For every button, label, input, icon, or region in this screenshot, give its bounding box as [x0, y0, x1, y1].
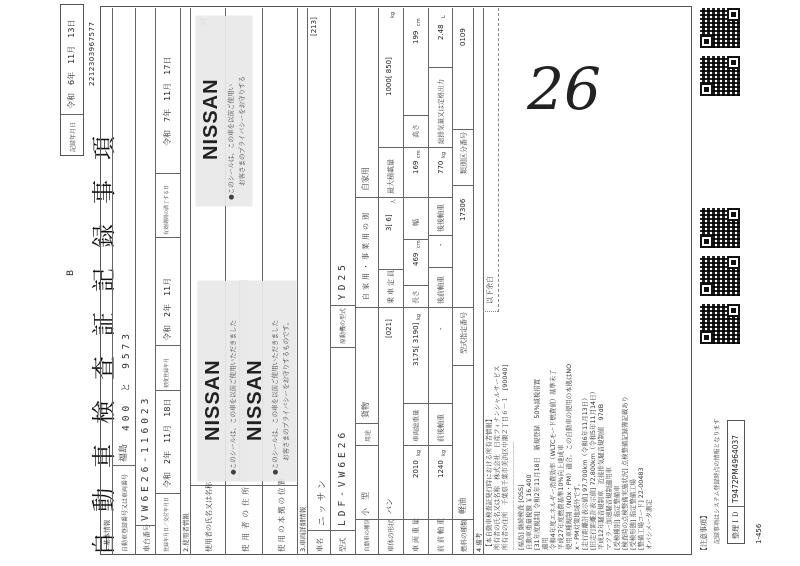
weight-value: 2010 [412, 460, 420, 478]
engine-value: YD25 [337, 261, 348, 300]
registration-date-label: 登録年月日／交付年月日 [163, 497, 170, 552]
qr-code-1 [700, 304, 740, 344]
remark-line: [受検形態] 指定整備工場 [629, 310, 637, 550]
remark-line: 適用 [541, 310, 549, 550]
height-label: 高さ [411, 124, 421, 138]
body-value: バン [385, 498, 394, 514]
registration-label: 自動車登録番号又は車両番号 [120, 474, 129, 552]
ff-axle-value: 1240 [437, 460, 445, 478]
record-date-label: 記録年月日 [68, 122, 77, 152]
length-label: 長さ [411, 290, 421, 304]
rf-axle-value: - [437, 243, 445, 246]
form-letter: B [66, 270, 76, 276]
maker-value: ニッサン [314, 477, 328, 526]
qr-code-5 [700, 8, 740, 48]
qr-code-3 [700, 208, 740, 248]
first-registration-label: 初度登録年月 [163, 358, 170, 388]
nissan-logo: NISSAN [202, 359, 225, 441]
capacity-value: 3[ 6] [385, 214, 393, 231]
notes-text: 記録事項はシステム登録時点の情報となります [712, 419, 721, 544]
handwritten-number: 26 [527, 55, 601, 123]
sticker-note: ●このシールは、この車を以前ご使用いただきました [270, 320, 279, 475]
capacity-unit: 人 [390, 199, 397, 204]
sticker-note: お客さまのプライバシーをお守りするものです。 [281, 319, 290, 461]
section-3-code: [213] [310, 17, 318, 36]
remark-line: オパシメータ測定 [645, 310, 653, 550]
rr-axle-label: 後後軸重 [436, 204, 446, 232]
remark-line: [31年度税制] 令和2年11月18日 新規登録 50%減税措置 [533, 310, 541, 550]
privacy-sticker-3: NISSAN ●このシールは、この車を以前ご使用い お客さまのプライバシーをお守… [196, 16, 252, 206]
ff-axle-unit: kg [441, 450, 447, 456]
max-load-label: 最大積載量 [386, 159, 396, 194]
fuel-value: 軽油 [458, 498, 467, 514]
fr-axle-value: - [437, 327, 445, 330]
rr-axle-value: 770 [437, 161, 445, 174]
max-load-unit: kg [390, 12, 396, 18]
chassis-label: 車台番号 [142, 524, 152, 552]
remark-line: ----------------------------------------… [509, 310, 517, 550]
privacy-sticker-2: NISSAN ●このシールは、この車を以前ご使用いただきました お客さまのプライ… [240, 281, 296, 481]
displacement-value: 2.48 [437, 24, 445, 40]
rr-axle-unit: kg [441, 152, 447, 158]
nissan-logo: NISSAN [200, 78, 223, 160]
remark-line: [旧走行距離計表示値] 72,800km（令和5年11月14日） [589, 310, 597, 550]
section-4-heading: 4.備考 [474, 533, 483, 552]
remarks-block: 【本自動車検査証発行時における所有者情報】 所有者の氏名又は名称 株式会社 日産… [485, 310, 653, 550]
purpose-label: 自家用・事業用の別 [362, 210, 370, 300]
registration-date: 令和 2年 11月 18日 [163, 399, 172, 488]
chassis-number: VW6E26-116023 [140, 395, 151, 521]
qr-code-4 [700, 56, 740, 96]
class-number-value: 0109 [459, 28, 467, 46]
remark-line: 平成27年度燃費基準10%向上達成車 [557, 310, 565, 550]
registration-number: 400 と 9573 [118, 330, 132, 431]
engine-label: 原動機の型式 [338, 308, 347, 344]
remark-line: [走行距離計表示値] 97,700km（令和6年11月13日） [581, 310, 589, 550]
remark-line: [検査時の点検整備実施状況] 点検整備記録簿記載あり [621, 310, 629, 550]
sticker-note: ●このシールは、この車を以前ご使用いただきました [228, 320, 237, 475]
height-value: 199 [412, 31, 420, 44]
body-code: [021] [385, 319, 393, 338]
gross-weight-label: 車両総重量 [411, 410, 420, 443]
user-address-label: 使用者の住所 [240, 483, 251, 552]
width-unit: cm [416, 150, 422, 158]
displacement-unit: L [441, 15, 447, 18]
capacity-label: 乗車定員 [386, 268, 396, 304]
length-value: 469 [412, 253, 420, 266]
end-mark: 以下余白 [486, 276, 494, 304]
use-value: 貨物 [361, 402, 370, 418]
notes-heading: 【注意事項】 [700, 512, 708, 554]
document-id-label: 整理ＩＤ [732, 511, 740, 539]
height-unit: cm [416, 18, 422, 26]
displacement-label: 総排気量又は定格出力 [436, 79, 445, 144]
registration-region: 福島 [119, 444, 129, 462]
nissan-logo: NISSAN [244, 359, 267, 441]
rf-axle-label-visible: 後前軸重 [436, 276, 446, 304]
purpose-value: 自家用 [361, 167, 370, 191]
base-location-label: 使用の本拠の位置 [276, 476, 287, 552]
weight-unit: kg [416, 450, 422, 456]
qr-code-2 [700, 256, 740, 296]
section-3-heading: 3.車両詳細情報 [298, 507, 307, 552]
body-label: 車体の形状 [386, 520, 395, 553]
type-label: 自動車の種別 [363, 519, 371, 552]
remark-line: 【本自動車検査証発行時における所有者情報】 [485, 310, 493, 550]
sticker-note: ●このシールは、この車を以前ご使用い [226, 84, 235, 200]
expiry-label: 有効期間の満了する日 [163, 185, 170, 235]
type-value: 小 型 [361, 492, 370, 516]
model-value: LDF-VW6E26 [337, 429, 348, 526]
section-2-heading: 2.使用者情報 [181, 513, 190, 552]
width-label: 幅 [411, 219, 421, 226]
first-registration: 令和 2年 11月 [163, 278, 172, 341]
record-date-box: 記録年月日 令和 6年 11月 13日 [60, 4, 84, 156]
type-approval-value: 17306 [459, 199, 467, 221]
document-id-value: T9472PM4964037 [732, 435, 741, 503]
remark-line: 自動車重量税額 ￥16,400 [525, 310, 533, 550]
length-unit: cm [416, 240, 422, 248]
document-id-box: 整理ＩＤ T9472PM4964037 [727, 420, 745, 544]
max-load-value: 1000[ 850] [385, 57, 393, 96]
user-name-label: 使用者の氏名又は名称 [204, 482, 214, 552]
use-label: 用途 [363, 430, 372, 442]
weight-label: 車両重量 [411, 516, 421, 552]
section-1-heading: 1.基本情報 [102, 520, 111, 552]
form-number: 1-456 [755, 524, 763, 544]
remark-line: マフラー加速騒音規制適用車 [605, 310, 613, 550]
gross-weight-unit: kg [416, 314, 422, 320]
remark-line: x・PM対策地域外です。 [573, 310, 581, 550]
fuel-label: 燃料の種類 [459, 520, 468, 553]
remark-line: 所有者の氏名又は名称 株式会社 日産フィナンシャルサービス [493, 310, 501, 550]
class-number-label: 類別区分番号 [459, 132, 469, 174]
document-number: 2212303967577 [88, 22, 96, 86]
fr-axle-label: 前後軸重 [436, 414, 446, 442]
remark-line: 令和4年度エネルギー消費効率（WLTCモード燃費値）基準未了 [549, 310, 557, 550]
expiry-date: 令和 7年 11月 17日 [163, 57, 172, 146]
remark-line: 使用車種規制（NOx・PM）適合。この自動車の使用の本拠はNO [565, 310, 573, 550]
remark-line: [受検種別] 指定整備車 [613, 310, 621, 550]
gross-weight-value: 3175[ 3190] [412, 323, 420, 366]
remark-line: [整備工場コード] 22-00483 [637, 310, 645, 550]
type-approval-label: 型式指定番号 [459, 312, 469, 354]
maker-label: 車名 [315, 538, 325, 552]
ff-axle-label: 前前軸重 [436, 516, 446, 552]
record-date: 令和 6年 11月 13日 [67, 20, 76, 109]
inspection-record-document: B 自動車検査証記録事項 記録年月日 令和 6年 11月 13日 2212303… [0, 0, 800, 566]
width-value: 169 [412, 161, 420, 174]
remark-line: 平成12年騒音規制車 近接排気騒音規制値 97dB [597, 310, 605, 550]
remark-line: [福島] 継続検査 [OSS] [517, 310, 525, 550]
model-label: 型式 [338, 538, 348, 552]
remark-line: 所有者の住所 千葉県千葉市美浜区中瀬２丁目６－１ [90040] [501, 310, 509, 550]
sticker-note: お客さまのプライバシーをお守りする [237, 76, 246, 186]
